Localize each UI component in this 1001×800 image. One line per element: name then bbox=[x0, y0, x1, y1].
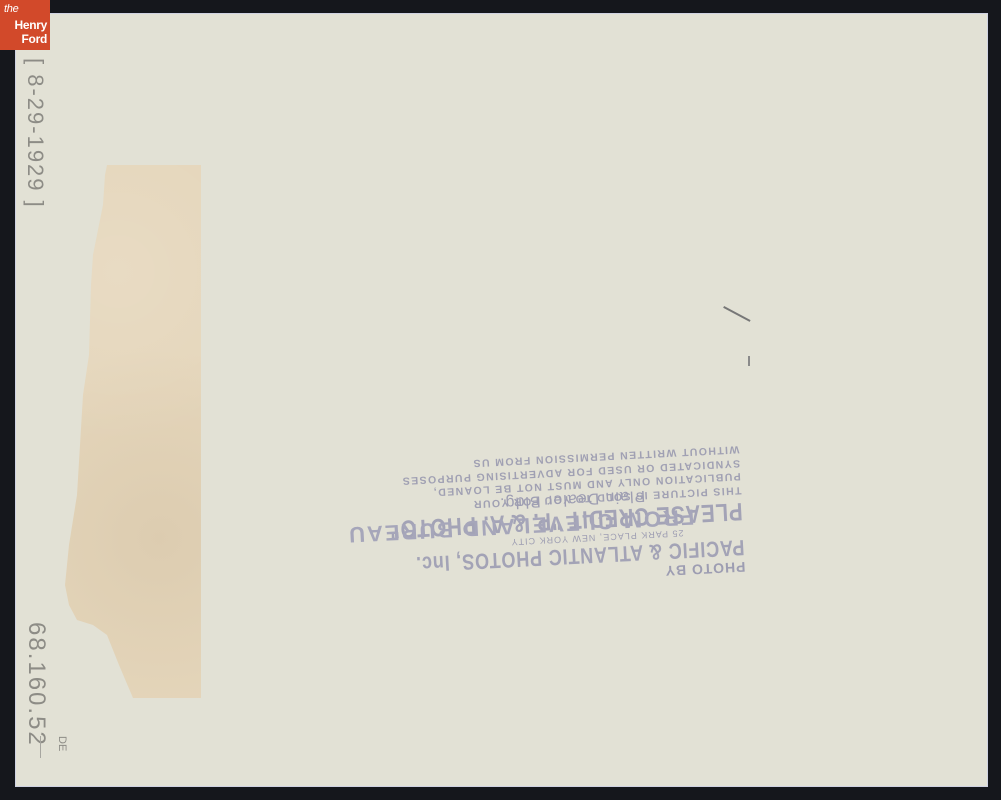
logo-text-the: the bbox=[4, 3, 18, 15]
logo-text-ford: Ford bbox=[22, 32, 47, 46]
pencil-date: [ 8-29-1929 ] bbox=[22, 58, 48, 209]
cleveland-bureau-stamp: FROM CLEVELAND BUREAU Plain Dealer Bldg. bbox=[317, 469, 742, 601]
henry-ford-logo[interactable]: the Henry Ford bbox=[0, 0, 50, 50]
pencil-accession-number: 68.160.52 bbox=[22, 622, 50, 747]
logo-text-henry: Henry bbox=[14, 18, 47, 32]
paper-tape-remnant bbox=[63, 165, 202, 698]
pencil-mark bbox=[748, 356, 750, 366]
pencil-divider bbox=[40, 736, 41, 758]
pencil-initials: DE bbox=[56, 736, 68, 751]
photo-viewer: the Henry Ford [ 8-29-1929 ] 68.160.52 D… bbox=[0, 0, 1001, 800]
